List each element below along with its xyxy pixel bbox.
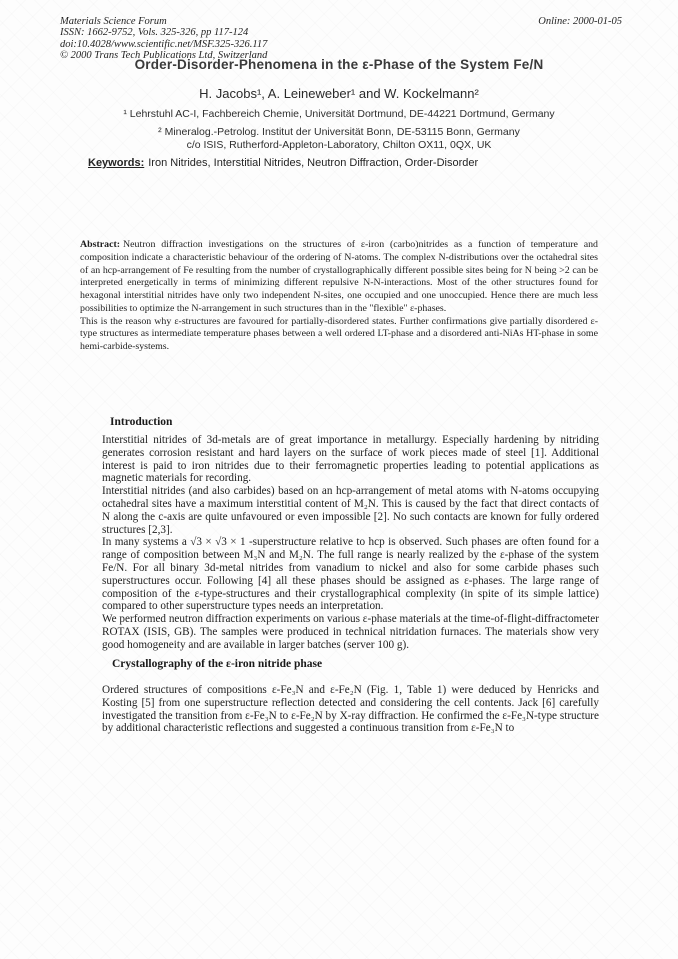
crystallography-body: Ordered structures of compositions ε-Fe₃… bbox=[102, 684, 599, 735]
body-paragraph: Interstitial nitrides (and also carbides… bbox=[102, 485, 599, 536]
body-paragraph: Ordered structures of compositions ε-Fe₃… bbox=[102, 684, 599, 735]
online-date: Online: 2000-01-05 bbox=[538, 16, 622, 27]
keywords-label: Keywords: bbox=[88, 157, 144, 169]
affiliation-2: ² Mineralog.-Petrolog. Institut der Univ… bbox=[0, 126, 678, 138]
body-paragraph: In many systems a √3 × √3 × 1 -superstru… bbox=[102, 536, 599, 613]
scanned-paper-page: Materials Science Forum ISSN: 1662-9752,… bbox=[0, 0, 678, 959]
affiliation-2-address: c/o ISIS, Rutherford-Appleton-Laboratory… bbox=[0, 139, 678, 151]
section-heading-introduction: Introduction bbox=[110, 416, 172, 428]
abstract-text: Neutron diffraction investigations on th… bbox=[80, 239, 598, 314]
keywords-line: Keywords:Iron Nitrides, Interstitial Nit… bbox=[88, 157, 608, 169]
authors-line: H. Jacobs¹, A. Leineweber¹ and W. Kockel… bbox=[0, 86, 678, 101]
abstract-paragraph-2: This is the reason why ε-structures are … bbox=[80, 316, 598, 354]
keywords-list: Iron Nitrides, Interstitial Nitrides, Ne… bbox=[148, 157, 478, 169]
issn-line: ISSN: 1662-9752, Vols. 325-326, pp 117-1… bbox=[60, 27, 480, 38]
paper-title: Order-Disorder-Phenomena in the ε-Phase … bbox=[0, 57, 678, 72]
introduction-body: Interstitial nitrides of 3d-metals are o… bbox=[102, 434, 599, 652]
abstract-paragraph-1: Abstract:Neutron diffraction investigati… bbox=[80, 239, 598, 316]
journal-name: Materials Science Forum bbox=[60, 16, 480, 27]
affiliation-1: ¹ Lehrstuhl AC-I, Fachbereich Chemie, Un… bbox=[0, 108, 678, 120]
body-paragraph: Interstitial nitrides of 3d-metals are o… bbox=[102, 434, 599, 485]
abstract-label: Abstract: bbox=[80, 239, 120, 250]
abstract-block: Abstract:Neutron diffraction investigati… bbox=[80, 239, 598, 354]
section-heading-crystallography: Crystallography of the ε-iron nitride ph… bbox=[112, 658, 322, 670]
journal-imprint: Materials Science Forum ISSN: 1662-9752,… bbox=[60, 16, 480, 61]
body-paragraph: We performed neutron diffraction experim… bbox=[102, 613, 599, 651]
doi-line: doi:10.4028/www.scientific.net/MSF.325-3… bbox=[60, 39, 480, 50]
